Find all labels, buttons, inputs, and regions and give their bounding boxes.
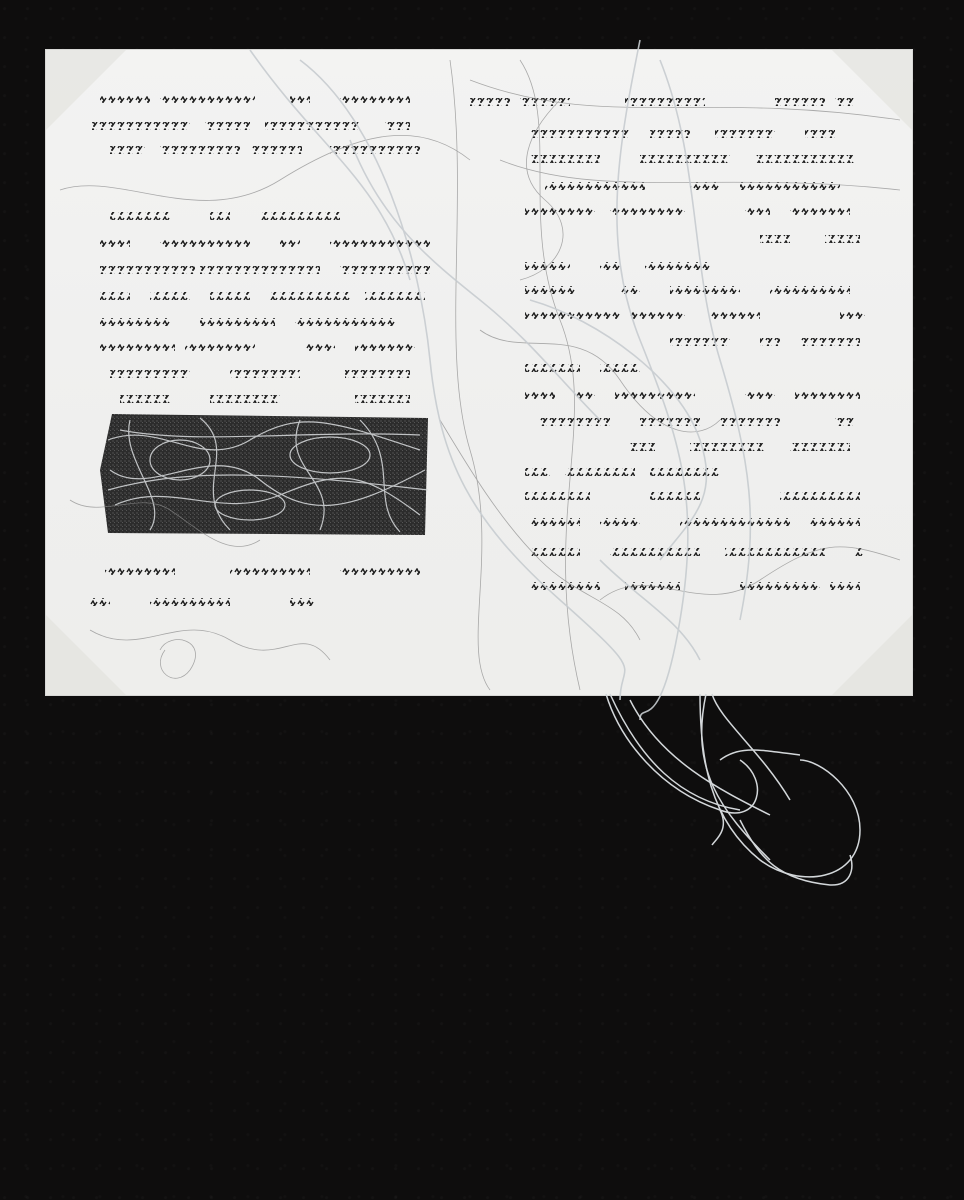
artwork-overlay (0, 0, 964, 1200)
hanging-loose-threads (606, 694, 860, 885)
loose-threads-on-paper (250, 40, 750, 720)
dark-woven-block (100, 414, 428, 535)
